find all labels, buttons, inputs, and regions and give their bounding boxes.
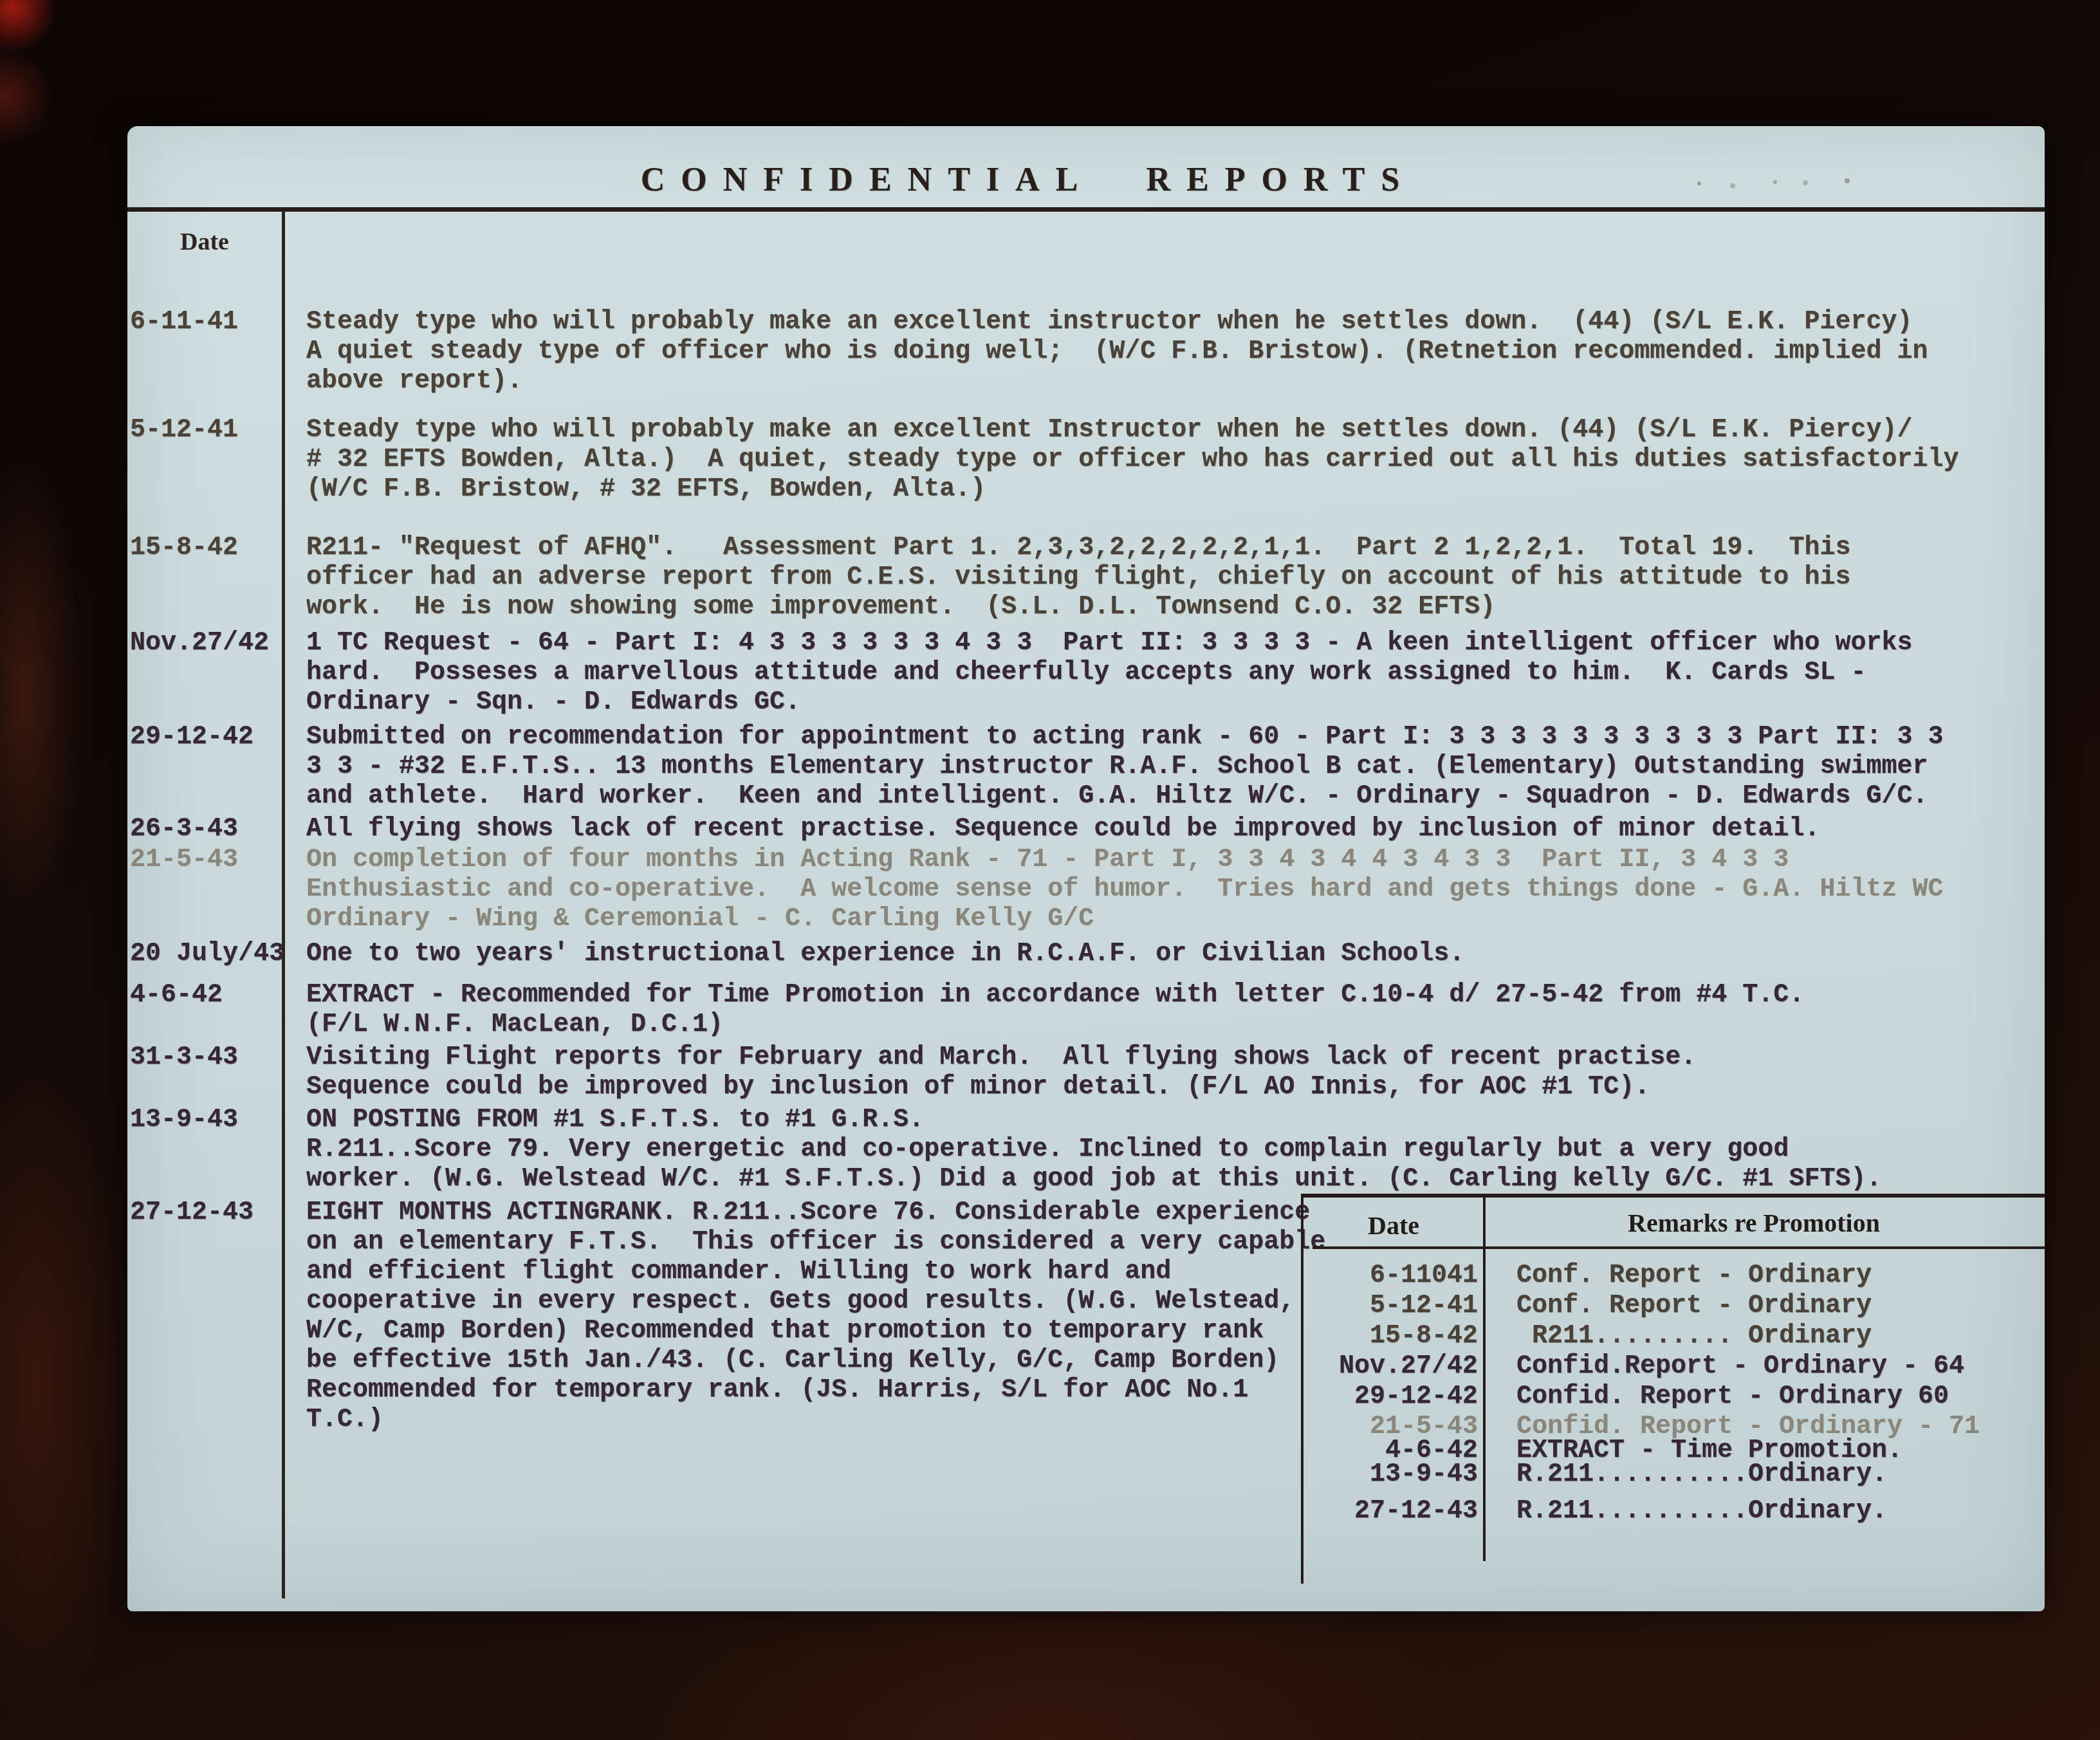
promotion-row: Nov.27/42Confid.Report - Ordinary - 64 [1303,1351,2045,1382]
promotion-row: 15-8-42 R211......... Ordinary [1303,1321,2045,1351]
promotion-row-date: 13-9-43 [1303,1459,1483,1490]
promotion-table-remarks-header: Remarks re Promotion [1497,1208,2011,1238]
entry-line: Sequence could be improved by inclusion … [306,1073,2011,1102]
entry-text: On completion of four months in Acting R… [306,846,2011,934]
promotion-table-date-header: Date [1303,1210,1484,1241]
promotion-row: 13-9-43R.211..........Ordinary. [1303,1459,2045,1490]
date-column-header: Date [140,228,269,256]
report-entry: Nov.27/421 TC Request - 64 - Part I: 4 3… [306,629,2011,717]
entry-date: 20 July/43 [130,939,299,969]
entry-text: ON POSTING FROM #1 S.F.T.S. to #1 G.R.S.… [306,1106,2011,1194]
promotion-row-remarks: Confid. Report - Ordinary 60 [1483,1382,1949,1412]
entry-text: R211- "Request of AFHQ". Assessment Part… [306,533,2011,622]
entry-text: One to two years' instructional experien… [306,939,2011,969]
promotion-table-rows: 6-11041Conf. Report - Ordinary5-12-41Con… [1303,1261,2045,1526]
entry-date: 26-3-43 [130,815,299,844]
entry-date: 29-12-42 [130,723,299,752]
entry-date: 4-6-42 [130,981,299,1010]
promotion-row-date: 15-8-42 [1303,1321,1483,1351]
promotion-row: 5-12-41Conf. Report - Ordinary [1303,1291,2045,1321]
entry-date: 27-12-43 [130,1198,299,1228]
entry-text: Steady type who will probably make an ex… [306,308,2011,396]
entry-date: Nov.27/42 [130,629,299,658]
promotion-row-date: 5-12-41 [1303,1291,1483,1321]
entry-text: Steady type who will probably make an ex… [306,416,2011,504]
entry-line: work. He is now showing some improvement… [306,593,2011,622]
entry-line: 1 TC Request - 64 - Part I: 4 3 3 3 3 3 … [306,629,2011,658]
entry-date: 15-8-42 [130,533,299,563]
entry-text: 1 TC Request - 64 - Part I: 4 3 3 3 3 3 … [306,629,2011,717]
entry-line: Steady type who will probably make an ex… [306,308,2011,337]
entry-line: R.211..Score 79. Very energetic and co-o… [306,1135,2011,1165]
entry-line: On completion of four months in Acting R… [306,846,2011,875]
scanned-page-background: { "document": { "title": "CONFIDENTIAL R… [0,0,2100,1740]
promotion-table-header-rule [1312,1246,2045,1249]
report-entry: 6-11-41Steady type who will probably mak… [306,308,2011,396]
entry-line: Ordinary - Sqn. - D. Edwards GC. [306,688,2011,717]
report-card-paper: CONFIDENTIAL REPORTS Date 6-11-41Steady … [127,126,2045,1611]
entry-line: hard. Posseses a marvellous attitude and… [306,658,2011,688]
promotion-row: 6-11041Conf. Report - Ordinary [1303,1261,2045,1291]
ink-smudge-marks [1697,181,1701,185]
entry-line: EXTRACT - Recommended for Time Promotion… [306,981,2011,1010]
promotion-row-remarks: R.211..........Ordinary. [1483,1496,1887,1526]
promotion-row-remarks: Conf. Report - Ordinary [1483,1291,1872,1321]
entry-line: ON POSTING FROM #1 S.F.T.S. to #1 G.R.S. [306,1106,2011,1135]
entry-line: Submitted on recommendation for appointm… [306,723,2011,752]
report-entry: 31-3-43Visiting Flight reports for Febru… [306,1043,2011,1102]
report-entry: 29-12-42Submitted on recommendation for … [306,723,2011,811]
entry-line: One to two years' instructional experien… [306,939,2011,969]
promotion-table: Date Remarks re Promotion 6-11041Conf. R… [1301,1194,2045,1584]
entry-date: 31-3-43 [130,1043,299,1073]
entry-line: above report). [306,367,2011,396]
promotion-row-remarks: Confid.Report - Ordinary - 64 [1483,1351,1964,1382]
page-title: CONFIDENTIAL REPORTS [69,161,1987,199]
entry-text: Submitted on recommendation for appointm… [306,723,2011,811]
entry-date: 21-5-43 [130,846,299,875]
report-entry: 15-8-42R211- "Request of AFHQ". Assessme… [306,533,2011,622]
report-entry: 4-6-42EXTRACT - Recommended for Time Pro… [306,981,2011,1040]
entry-line: (W/C F.B. Bristow, # 32 EFTS, Bowden, Al… [306,475,2011,504]
promotion-row-remarks: R.211..........Ordinary. [1483,1459,1887,1490]
entry-line: A quiet steady type of officer who is do… [306,337,2011,367]
entry-line: R211- "Request of AFHQ". Assessment Part… [306,533,2011,563]
report-entry: 20 July/43One to two years' instructiona… [306,939,2011,969]
promotion-row-date: 27-12-43 [1303,1496,1483,1526]
report-entry: 21-5-43On completion of four months in A… [306,846,2011,934]
promotion-row: 29-12-42Confid. Report - Ordinary 60 [1303,1382,2045,1412]
entry-date: 13-9-43 [130,1106,299,1135]
entry-line: (F/L W.N.F. MacLean, D.C.1) [306,1010,2011,1040]
entry-line: officer had an adverse report from C.E.S… [306,563,2011,593]
entry-line: Steady type who will probably make an ex… [306,416,2011,445]
report-entry: 5-12-41Steady type who will probably mak… [306,416,2011,504]
entry-line: worker. (W.G. Welstead W/C. #1 S.F.T.S.)… [306,1165,2011,1194]
entry-date: 5-12-41 [130,416,299,445]
report-entry: 13-9-43ON POSTING FROM #1 S.F.T.S. to #1… [306,1106,2011,1194]
promotion-row-date: 29-12-42 [1303,1382,1483,1412]
promotion-row-remarks: Conf. Report - Ordinary [1483,1261,1872,1291]
promotion-row: 27-12-43R.211..........Ordinary. [1303,1496,2045,1526]
report-entry: 26-3-43All flying shows lack of recent p… [306,815,2011,844]
entry-date: 6-11-41 [130,308,299,337]
entry-text: EXTRACT - Recommended for Time Promotion… [306,981,2011,1040]
entry-text: Visiting Flight reports for February and… [306,1043,2011,1102]
entry-line: Visiting Flight reports for February and… [306,1043,2011,1073]
title-rule [127,207,2045,212]
entry-text: All flying shows lack of recent practise… [306,815,2011,844]
entry-line: All flying shows lack of recent practise… [306,815,2011,844]
entry-line: Enthusiastic and co-operative. A welcome… [306,875,2011,905]
entry-line: # 32 EFTS Bowden, Alta.) A quiet, steady… [306,445,2011,475]
promotion-row-remarks: R211......... Ordinary [1483,1321,1872,1351]
entry-line: and athlete. Hard worker. Keen and intel… [306,782,2011,811]
promotion-row-date: 6-11041 [1303,1261,1483,1291]
entry-line: 3 3 - #32 E.F.T.S.. 13 months Elementary… [306,752,2011,782]
promotion-row-date: Nov.27/42 [1303,1351,1483,1382]
entry-line: Ordinary - Wing & Ceremonial - C. Carlin… [306,905,2011,934]
